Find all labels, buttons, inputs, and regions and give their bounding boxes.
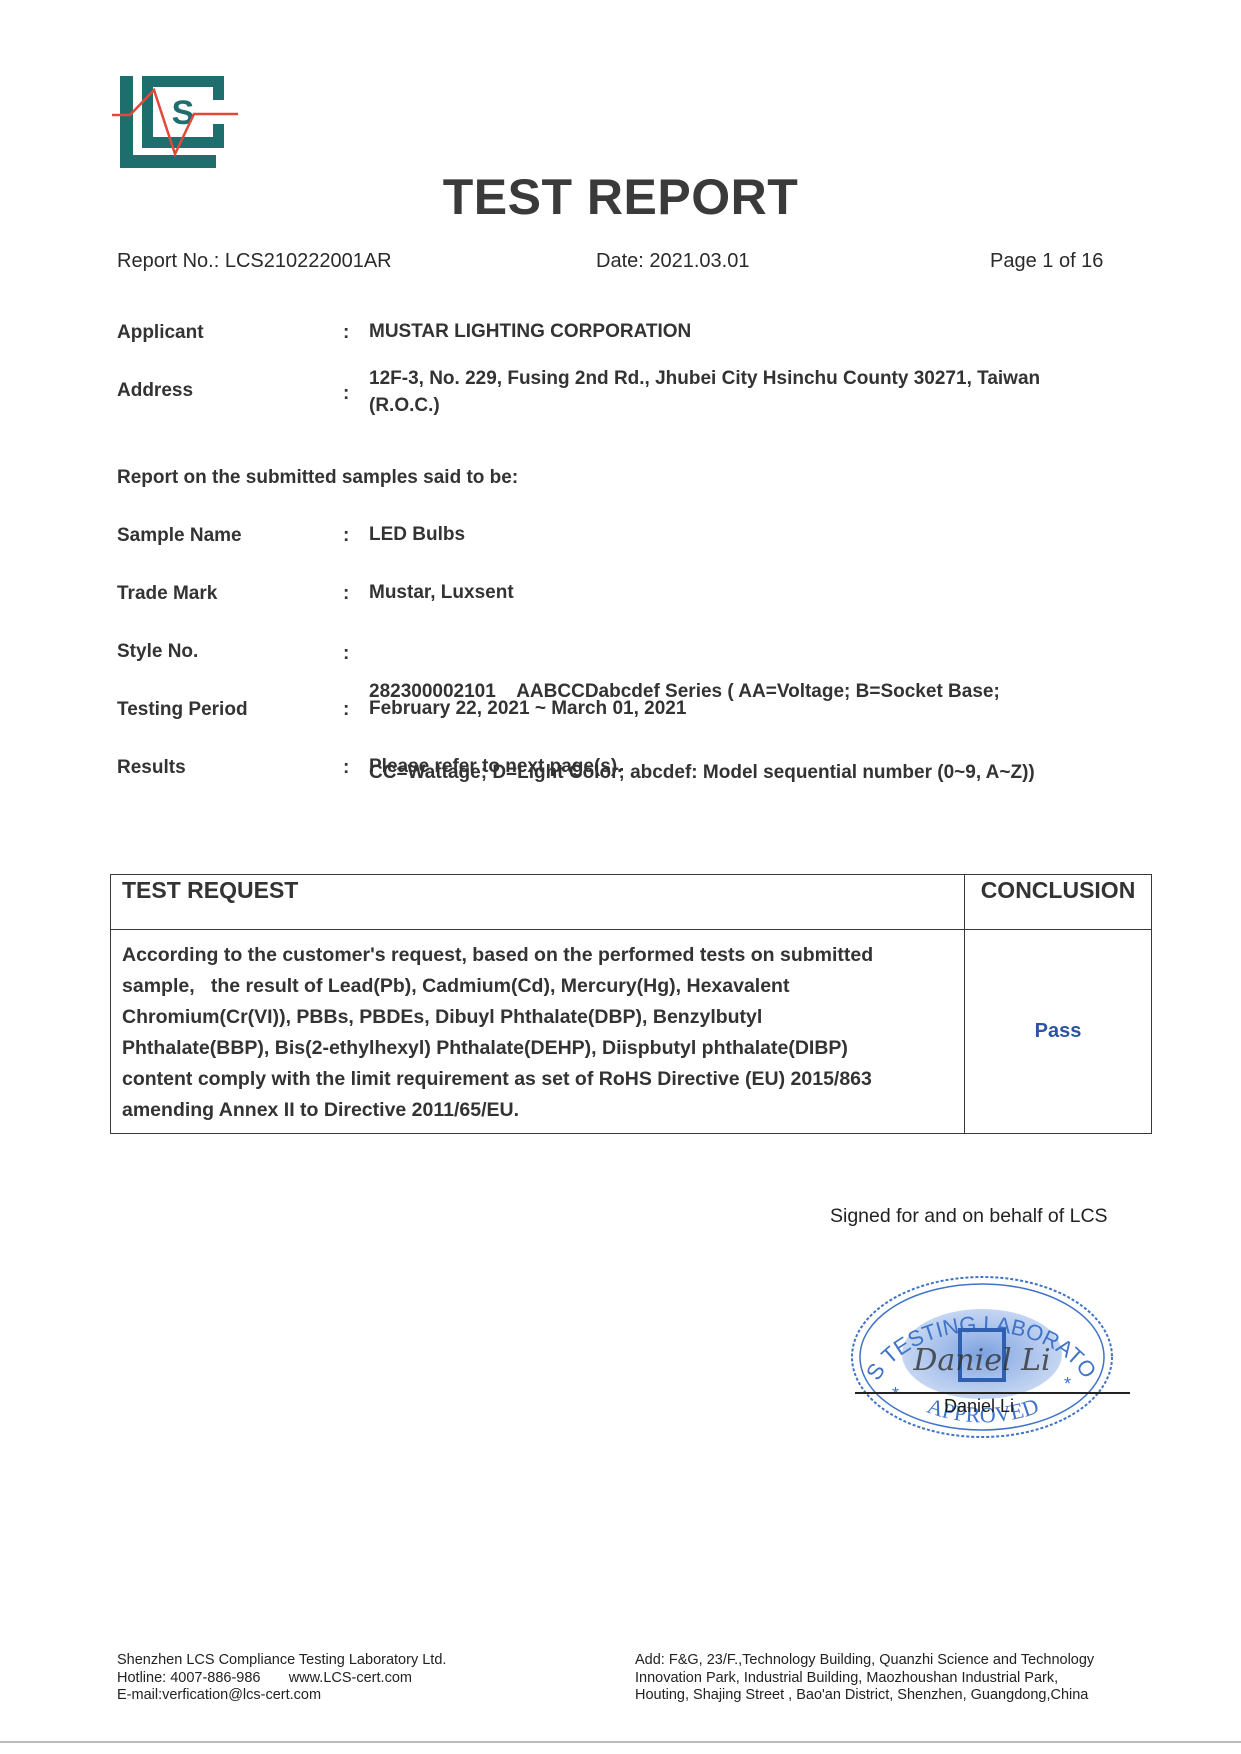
results-value: Please refer to next page(s). <box>369 753 622 780</box>
signatory-name: Daniel Li <box>944 1396 1014 1417</box>
conclusion-status: Pass <box>1035 1020 1082 1042</box>
sample-name-value: LED Bulbs <box>369 521 465 548</box>
page-bottom-rule <box>0 1741 1241 1743</box>
page-title: TEST REPORT <box>0 168 1241 226</box>
footer-address-line: Houting, Shajing Street , Bao'an Distric… <box>635 1687 1094 1705</box>
svg-text:Daniel Li: Daniel Li <box>912 1343 1050 1378</box>
signed-on-behalf: Signed for and on behalf of LCS <box>830 1205 1108 1228</box>
footer-lab-info: Shenzhen LCS Compliance Testing Laborato… <box>117 1652 446 1705</box>
address-value: 12F-3, No. 229, Fusing 2nd Rd., Jhubei C… <box>369 365 1040 419</box>
lcs-logo-icon: S <box>112 70 240 174</box>
trade-mark-label: Trade Mark <box>117 583 217 605</box>
style-no-label: Style No. <box>117 641 198 663</box>
svg-text:*: * <box>892 1384 899 1404</box>
test-request-header: TEST REQUEST <box>111 875 965 930</box>
request-line: sample, the result of Lead(Pb), Cadmium(… <box>122 971 953 1002</box>
test-request-table: TEST REQUEST CONCLUSION According to the… <box>110 874 1152 1134</box>
address-label: Address <box>117 380 193 402</box>
request-line: amending Annex II to Directive 2011/65/E… <box>122 1095 953 1126</box>
request-line: content comply with the limit requiremen… <box>122 1064 953 1095</box>
address-colon: : <box>343 383 349 405</box>
footer-hotline-web: Hotline: 4007-886-986 www.LCS-cert.com <box>117 1670 446 1688</box>
footer-company: Shenzhen LCS Compliance Testing Laborato… <box>117 1652 446 1670</box>
trade-mark-value: Mustar, Luxsent <box>369 579 514 606</box>
table-header-row: TEST REQUEST CONCLUSION <box>111 875 1152 930</box>
footer-email: E-mail:verfication@lcs-cert.com <box>117 1687 446 1705</box>
section-intro: Report on the submitted samples said to … <box>117 467 518 489</box>
testing-period-label: Testing Period <box>117 699 248 721</box>
sample-name-label: Sample Name <box>117 525 242 547</box>
footer-address-line: Add: F&G, 23/F.,Technology Building, Qua… <box>635 1652 1094 1670</box>
conclusion-cell: Pass <box>965 930 1152 1134</box>
address-line-2: (R.O.C.) <box>369 392 1040 419</box>
footer-address-line: Innovation Park, Industrial Building, Ma… <box>635 1670 1094 1688</box>
lcs-logo: S <box>112 70 240 174</box>
svg-text:*: * <box>1064 1374 1071 1394</box>
trade-mark-colon: : <box>343 583 349 605</box>
applicant-label: Applicant <box>117 322 204 344</box>
request-line: Chromium(Cr(VI)), PBBs, PBDEs, Dibuyl Ph… <box>122 1002 953 1033</box>
applicant-value: MUSTAR LIGHTING CORPORATION <box>369 318 691 345</box>
request-line: According to the customer's request, bas… <box>122 940 953 971</box>
results-colon: : <box>343 757 349 779</box>
conclusion-header: CONCLUSION <box>965 875 1152 930</box>
testing-period-value: February 22, 2021 ~ March 01, 2021 <box>369 695 686 722</box>
testing-period-colon: : <box>343 699 349 721</box>
style-no-colon: : <box>343 643 349 665</box>
svg-text:S: S <box>172 94 195 132</box>
signature-line <box>855 1392 1130 1394</box>
table-row: According to the customer's request, bas… <box>111 930 1152 1134</box>
request-line: Phthalate(BBP), Bis(2-ethylhexyl) Phthal… <box>122 1033 953 1064</box>
sample-name-colon: : <box>343 525 349 547</box>
page-indicator: Page 1 of 16 <box>990 250 1103 273</box>
results-label: Results <box>117 757 186 779</box>
test-request-text: According to the customer's request, bas… <box>111 930 965 1134</box>
applicant-colon: : <box>343 322 349 344</box>
footer-address: Add: F&G, 23/F.,Technology Building, Qua… <box>635 1652 1094 1705</box>
report-date: Date: 2021.03.01 <box>596 250 749 273</box>
report-number: Report No.: LCS210222001AR <box>117 250 392 273</box>
address-line-1: 12F-3, No. 229, Fusing 2nd Rd., Jhubei C… <box>369 365 1040 392</box>
